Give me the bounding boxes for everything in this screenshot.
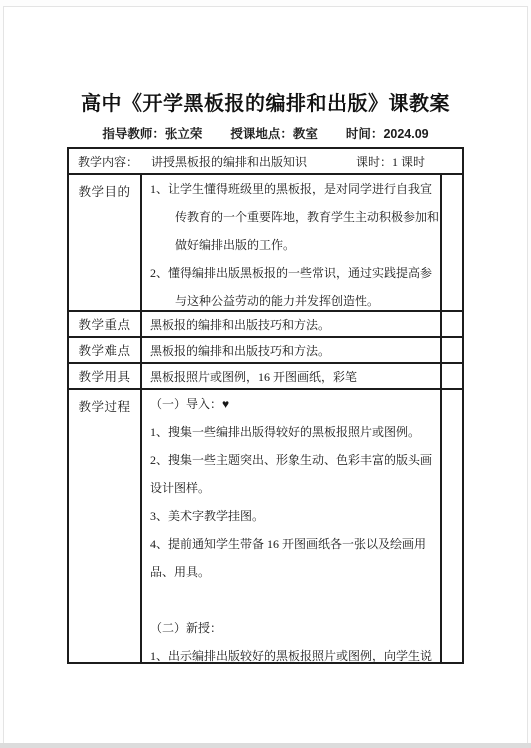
teaching-content-value: 讲授黑板报的编排和出版知识	[151, 153, 307, 170]
text-line: 2、懂得编排出版黑板报的一些常识，通过实践提高参	[150, 259, 440, 287]
lesson-plan-table: 教学内容： 讲授黑板报的编排和出版知识 课时：1 课时 教学目的 1、让学生懂得…	[67, 147, 464, 664]
text-line: 传教育的一个重要阵地，教育学生主动积极参加和	[150, 203, 440, 231]
meta-location-value: 教室	[293, 127, 318, 141]
meta-line: 指导教师：张立荣 授课地点：教室 时间：2024.09	[0, 124, 531, 142]
text-line: 做好编排出版的工作。	[150, 231, 440, 259]
teaching-purpose-content: 1、让学生懂得班级里的黑板报，是对同学进行自我宣传教育的一个重要阵地，教育学生主…	[142, 175, 440, 310]
teaching-focus-label: 教学重点	[69, 312, 142, 336]
meta-instructor: 指导教师：张立荣	[102, 124, 202, 142]
meta-instructor-label: 指导教师：	[102, 127, 165, 141]
teaching-process-label: 教学过程	[69, 390, 142, 662]
teaching-content-row: 教学内容： 讲授黑板报的编排和出版知识 课时：1 课时	[69, 149, 462, 175]
meta-location: 授课地点：教室	[230, 124, 318, 142]
text-line: 设计图样。	[150, 474, 440, 502]
document-viewport: 高中《开学黑板报的编排和出版》课教案 指导教师：张立荣 授课地点：教室 时间：2…	[0, 0, 531, 748]
teaching-process-row: 教学过程 （一）导入：♥1、搜集一些编排出版得较好的黑板报照片或图例。2、搜集一…	[69, 390, 462, 662]
teaching-purpose-label: 教学目的	[69, 175, 142, 310]
meta-time-value: 2024.09	[383, 127, 428, 141]
text-line: 与这种公益劳动的能力并发挥创造性。	[150, 287, 440, 310]
teaching-tools-content: 黑板报照片或图例，16 开图画纸，彩笔	[142, 364, 440, 388]
teaching-tools-label: 教学用具	[69, 364, 142, 388]
text-line	[150, 586, 440, 614]
text-line: （二）新授：	[150, 614, 440, 642]
text-line: 3、美术字教学挂图。	[150, 502, 440, 530]
text-line: 品、用具。	[150, 558, 440, 586]
meta-time: 时间：2024.09	[346, 124, 429, 142]
teaching-difficulty-label: 教学难点	[69, 338, 142, 362]
text-line: 2、搜集一些主题突出、形象生动、色彩丰富的版头画	[150, 446, 440, 474]
empty-note-cell	[440, 312, 462, 336]
teaching-process-content: （一）导入：♥1、搜集一些编排出版得较好的黑板报照片或图例。2、搜集一些主题突出…	[142, 390, 440, 662]
teaching-content-label: 教学内容：	[78, 153, 138, 170]
text-line: 1、出示编排出版较好的黑板报照片或图例，向学生说	[150, 642, 440, 662]
empty-note-cell	[440, 390, 462, 662]
text-line: 1、让学生懂得班级里的黑板报，是对同学进行自我宣	[150, 175, 440, 203]
teaching-purpose-row: 教学目的 1、让学生懂得班级里的黑板报，是对同学进行自我宣传教育的一个重要阵地，…	[69, 175, 462, 312]
page-title: 高中《开学黑板报的编排和出版》课教案	[0, 87, 531, 116]
class-period-value: 课时：1 课时	[356, 153, 425, 170]
meta-location-label: 授课地点：	[230, 127, 293, 141]
teaching-difficulty-row: 教学难点 黑板报的编排和出版技巧和方法。	[69, 338, 462, 364]
empty-note-cell	[440, 175, 462, 310]
teaching-tools-row: 教学用具 黑板报照片或图例，16 开图画纸，彩笔	[69, 364, 462, 390]
teaching-focus-row: 教学重点 黑板报的编排和出版技巧和方法。	[69, 312, 462, 338]
meta-instructor-value: 张立荣	[165, 127, 203, 141]
teaching-focus-content: 黑板报的编排和出版技巧和方法。	[142, 312, 440, 336]
text-line: 4、提前通知学生带备 16 开图画纸各一张以及绘画用	[150, 530, 440, 558]
empty-note-cell	[440, 338, 462, 362]
meta-time-label: 时间：	[346, 127, 384, 141]
text-line: （一）导入：♥	[150, 390, 440, 418]
page-bottom-edge	[0, 743, 531, 748]
teaching-difficulty-content: 黑板报的编排和出版技巧和方法。	[142, 338, 440, 362]
empty-note-cell	[440, 364, 462, 388]
text-line: 1、搜集一些编排出版得较好的黑板报照片或图例。	[150, 418, 440, 446]
